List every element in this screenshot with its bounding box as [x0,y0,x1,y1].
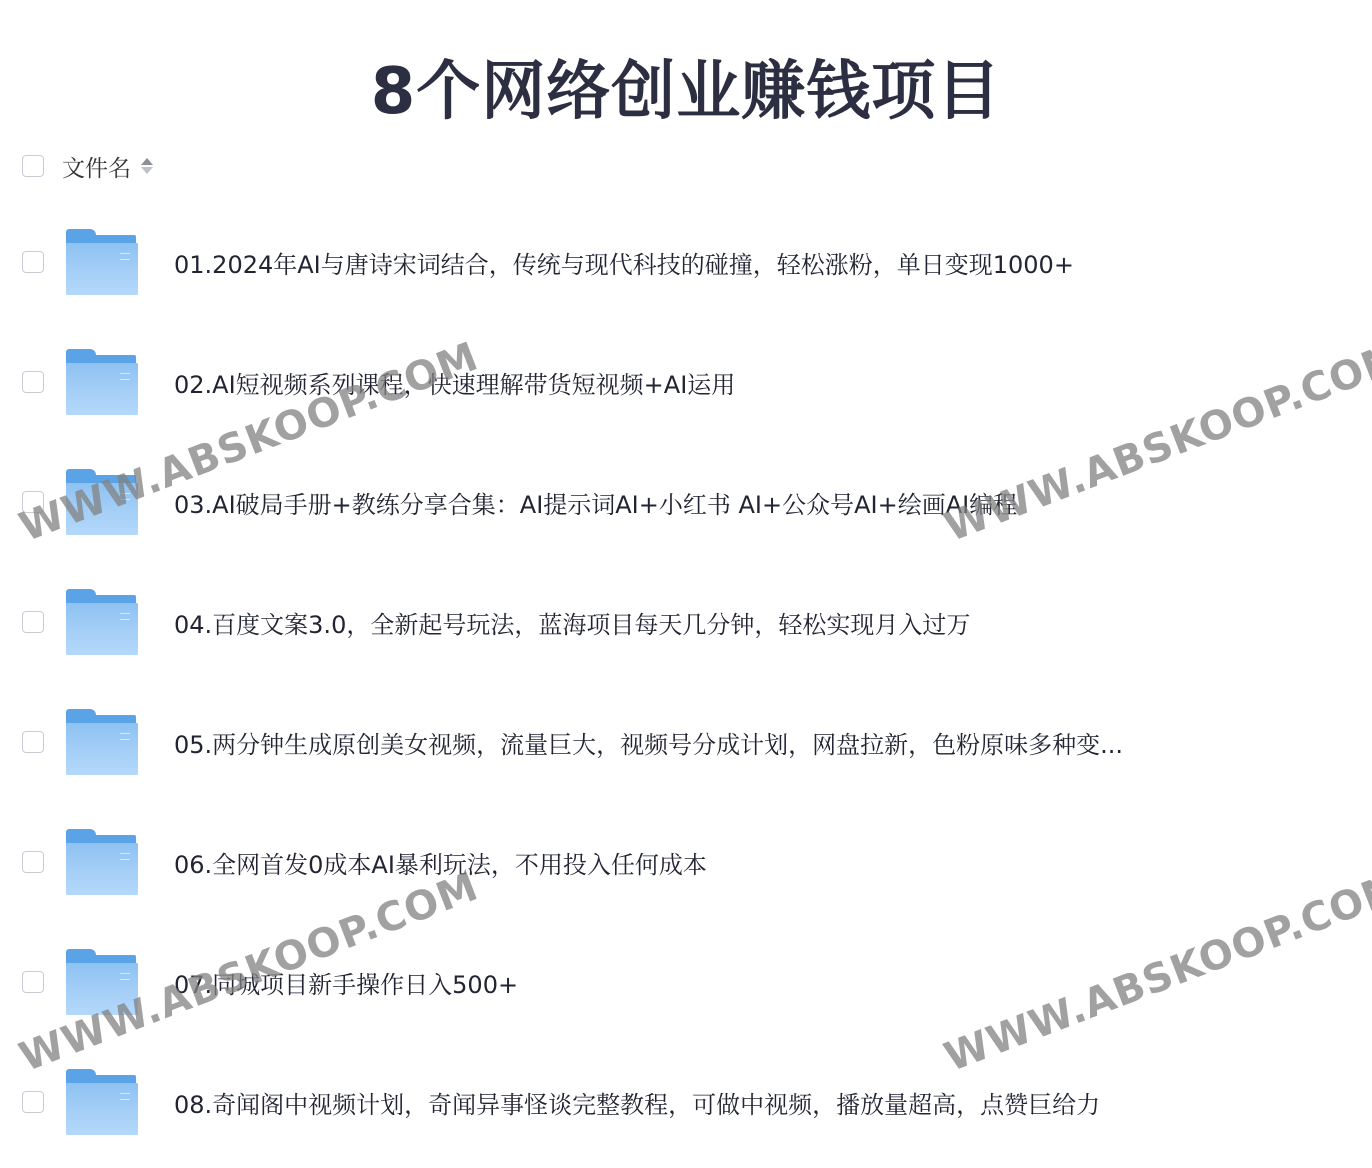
column-header-filename[interactable]: 文件名 [62,150,131,183]
folder-icon [66,589,138,655]
page-title: 8个网络创业赚钱项目 [0,40,1372,132]
folder-icon [66,1069,138,1135]
file-name[interactable]: 05.两分钟生成原创美女视频，流量巨大，视频号分成计划，网盘拉新，色粉原味多种变… [174,725,1123,760]
file-row[interactable]: 03.AI破局手册+教练分享合集：AI提示词AI+小红书 AI+公众号AI+绘画… [22,467,1352,537]
folder-icon [66,709,138,775]
watermark: WWW.ABSKOOP.COM [934,0,1372,6]
folder-icon [66,229,138,295]
file-row[interactable]: 01.2024年AI与唐诗宋词结合，传统与现代科技的碰撞，轻松涨粉，单日变现10… [22,227,1352,297]
file-row[interactable]: 04.百度文案3.0，全新起号玩法，蓝海项目每天几分钟，轻松实现月入过万 [22,587,1352,657]
sort-up-down-icon[interactable] [141,158,153,174]
folder-icon [66,349,138,415]
row-checkbox[interactable] [22,251,44,273]
row-checkbox[interactable] [22,971,44,993]
folder-icon [66,829,138,895]
watermark: WWW.ABSKOOP.COM [4,0,475,6]
row-checkbox[interactable] [22,611,44,633]
file-name[interactable]: 04.百度文案3.0，全新起号玩法，蓝海项目每天几分钟，轻松实现月入过万 [174,605,970,640]
row-checkbox[interactable] [22,1091,44,1113]
file-name[interactable]: 08.奇闻阁中视频计划，奇闻异事怪谈完整教程，可做中视频，播放量超高，点赞巨给力 [174,1085,1100,1120]
row-checkbox[interactable] [22,851,44,873]
select-all-checkbox[interactable] [22,155,44,177]
file-row[interactable]: 02.AI短视频系列课程，快速理解带货短视频+AI运用 [22,347,1352,417]
file-name[interactable]: 03.AI破局手册+教练分享合集：AI提示词AI+小红书 AI+公众号AI+绘画… [174,485,1017,520]
row-checkbox[interactable] [22,371,44,393]
file-list-header: 文件名 [22,148,153,184]
file-row[interactable]: 06.全网首发0成本AI暴利玩法，不用投入任何成本 [22,827,1352,897]
file-row[interactable]: 08.奇闻阁中视频计划，奇闻异事怪谈完整教程，可做中视频，播放量超高，点赞巨给力 [22,1067,1352,1137]
file-name[interactable]: 01.2024年AI与唐诗宋词结合，传统与现代科技的碰撞，轻松涨粉，单日变现10… [174,245,1074,280]
row-checkbox[interactable] [22,731,44,753]
file-row[interactable]: 05.两分钟生成原创美女视频，流量巨大，视频号分成计划，网盘拉新，色粉原味多种变… [22,707,1352,777]
